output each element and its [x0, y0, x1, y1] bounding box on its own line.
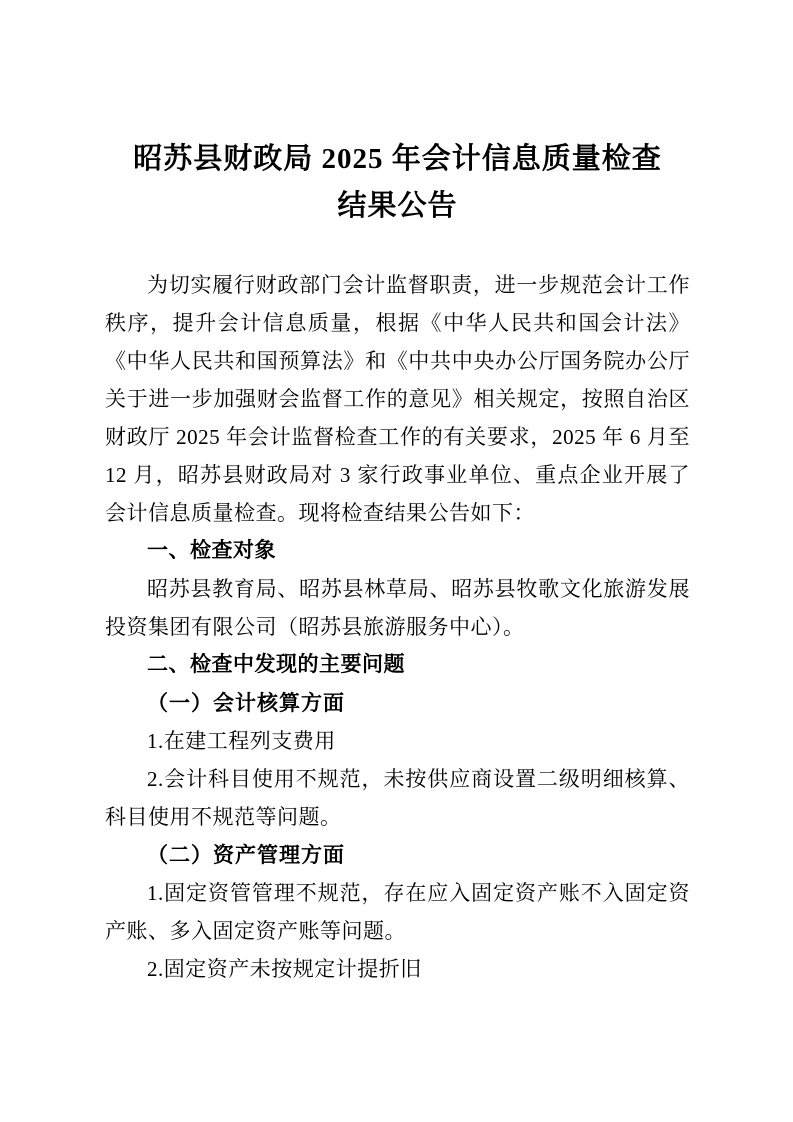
- section2-sub1-heading: （一）会计核算方面: [105, 684, 690, 722]
- document-title-line1: 昭苏县财政局 2025 年会计信息质量检查: [105, 136, 690, 183]
- document-page: 昭苏县财政局 2025 年会计信息质量检查 结果公告 为切实履行财政部门会计监督…: [0, 0, 793, 1122]
- intro-paragraph: 为切实履行财政部门会计监督职责，进一步规范会计工作秩序，提升会计信息质量，根据《…: [105, 266, 690, 532]
- document-title: 昭苏县财政局 2025 年会计信息质量检查 结果公告: [105, 136, 690, 230]
- section1-heading: 一、检查对象: [105, 532, 690, 570]
- section2-sub2-item2: 2.固定资产未按规定计提折旧: [105, 950, 690, 988]
- document-title-line2: 结果公告: [105, 183, 690, 230]
- section2-sub1-item1: 1.在建工程列支费用: [105, 722, 690, 760]
- section2-sub2-item1: 1.固定资管管理不规范，存在应入固定资产账不入固定资产账、多入固定资产账等问题。: [105, 874, 690, 950]
- section2-sub2-heading: （二）资产管理方面: [105, 836, 690, 874]
- section2-sub1-item2: 2.会计科目使用不规范，未按供应商设置二级明细核算、科目使用不规范等问题。: [105, 760, 690, 836]
- section2-heading: 二、检查中发现的主要问题: [105, 646, 690, 684]
- section1-body: 昭苏县教育局、昭苏县林草局、昭苏县牧歌文化旅游发展投资集团有限公司（昭苏县旅游服…: [105, 570, 690, 646]
